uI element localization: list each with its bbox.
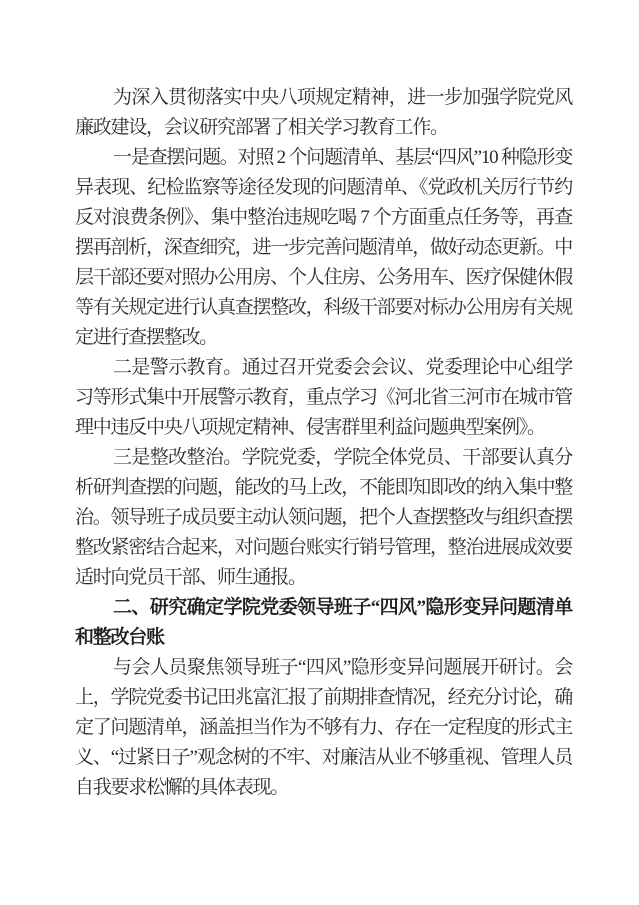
paragraph-item-3-rectification: 三是整改整治。学院党委，学院全体党员、干部要认真分析研判查摆的问题，能改的马上改… [75,443,572,593]
document-page: 为深入贯彻落实中央八项规定精神，进一步加强学院党风廉政建设，会议研究部署了相关学… [0,0,639,905]
paragraph-intro: 为深入贯彻落实中央八项规定精神，进一步加强学院党风廉政建设，会议研究部署了相关学… [75,83,572,143]
paragraph-item-1-check-problems: 一是查摆问题。对照 2 个问题清单、基层“四风”10 种隐形变异表现、纪检监察等… [75,143,572,353]
paragraph-discussion-result: 与会人员聚焦领导班子“四风”隐形变异问题展开研讨。会上，学院党委书记田兆富汇报了… [75,653,572,803]
document-body: 为深入贯彻落实中央八项规定精神，进一步加强学院党风廉政建设，会议研究部署了相关学… [75,83,572,803]
paragraph-item-2-warning-education: 二是警示教育。通过召开党委会会议、党委理论中心组学习等形式集中开展警示教育，重点… [75,353,572,443]
section-heading-2: 二、研究确定学院党委领导班子“四风”隐形变异问题清单和整改台账 [75,593,572,653]
